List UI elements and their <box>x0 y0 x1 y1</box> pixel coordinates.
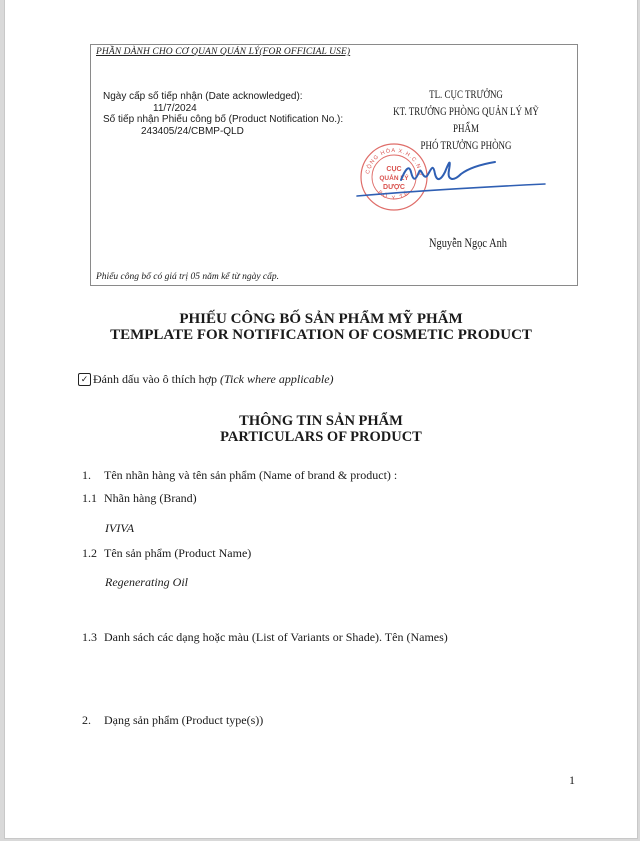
signature-title-line1: TL. CỤC TRƯỞNG <box>384 87 548 104</box>
validity-note: Phiếu công bố có giá trị 05 năm kể từ ng… <box>96 272 279 282</box>
tick-instruction-en: (Tick where applicable) <box>220 372 334 387</box>
date-acknowledged-label: Ngày cấp số tiếp nhận (Date acknowledged… <box>103 91 343 103</box>
product-name-value: Regenerating Oil <box>105 575 188 590</box>
checkbox-checked-icon: ✓ <box>78 373 91 386</box>
item-1-1-label: Nhãn hàng (Brand) <box>104 491 197 505</box>
tick-instruction-vi: Đánh dấu vào ô thích hợp <box>93 372 217 387</box>
acknowledgement-info: Ngày cấp số tiếp nhận (Date acknowledged… <box>103 91 343 137</box>
signature-title-line2: KT. TRƯỞNG PHÒNG QUẢN LÝ MỸ PHẨM <box>384 104 548 138</box>
item-1-1: 1.1Nhãn hàng (Brand) <box>82 491 197 506</box>
document-page: PHẦN DÀNH CHO CƠ QUAN QUẢN LÝ(FOR OFFICI… <box>4 0 638 839</box>
handwritten-signature-icon <box>353 150 553 200</box>
document-title-en: TEMPLATE FOR NOTIFICATION OF COSMETIC PR… <box>5 326 637 345</box>
brand-value: IVIVA <box>105 521 134 536</box>
item-2: 2.Dạng sản phẩm (Product type(s)) <box>82 713 263 728</box>
section-title-en: PARTICULARS OF PRODUCT <box>5 428 637 447</box>
item-1-3-label: Danh sách các dạng hoặc màu (List of Var… <box>104 630 448 644</box>
item-1-label: Tên nhãn hàng và tên sản phẩm (Name of b… <box>104 468 397 482</box>
notification-number-label: Số tiếp nhận Phiếu công bố (Product Noti… <box>103 114 343 126</box>
item-2-label: Dạng sản phẩm (Product type(s)) <box>104 713 263 727</box>
item-1-2: 1.2Tên sản phẩm (Product Name) <box>82 546 251 561</box>
official-use-header: PHẦN DÀNH CHO CƠ QUAN QUẢN LÝ(FOR OFFICI… <box>96 47 350 57</box>
date-acknowledged-value: 11/7/2024 <box>103 103 343 115</box>
page-number: 1 <box>569 773 575 788</box>
item-1: 1.Tên nhãn hàng và tên sản phẩm (Name of… <box>82 468 397 483</box>
item-1-2-label: Tên sản phẩm (Product Name) <box>104 546 251 560</box>
official-use-box: PHẦN DÀNH CHO CƠ QUAN QUẢN LÝ(FOR OFFICI… <box>90 44 578 286</box>
item-1-3: 1.3Danh sách các dạng hoặc màu (List of … <box>82 630 448 645</box>
notification-number-value: 243405/24/CBMP-QLD <box>103 126 343 138</box>
signer-name: Nguyễn Ngọc Anh <box>416 235 520 251</box>
tick-instruction: ✓ Đánh dấu vào ô thích hợp (Tick where a… <box>78 372 334 387</box>
